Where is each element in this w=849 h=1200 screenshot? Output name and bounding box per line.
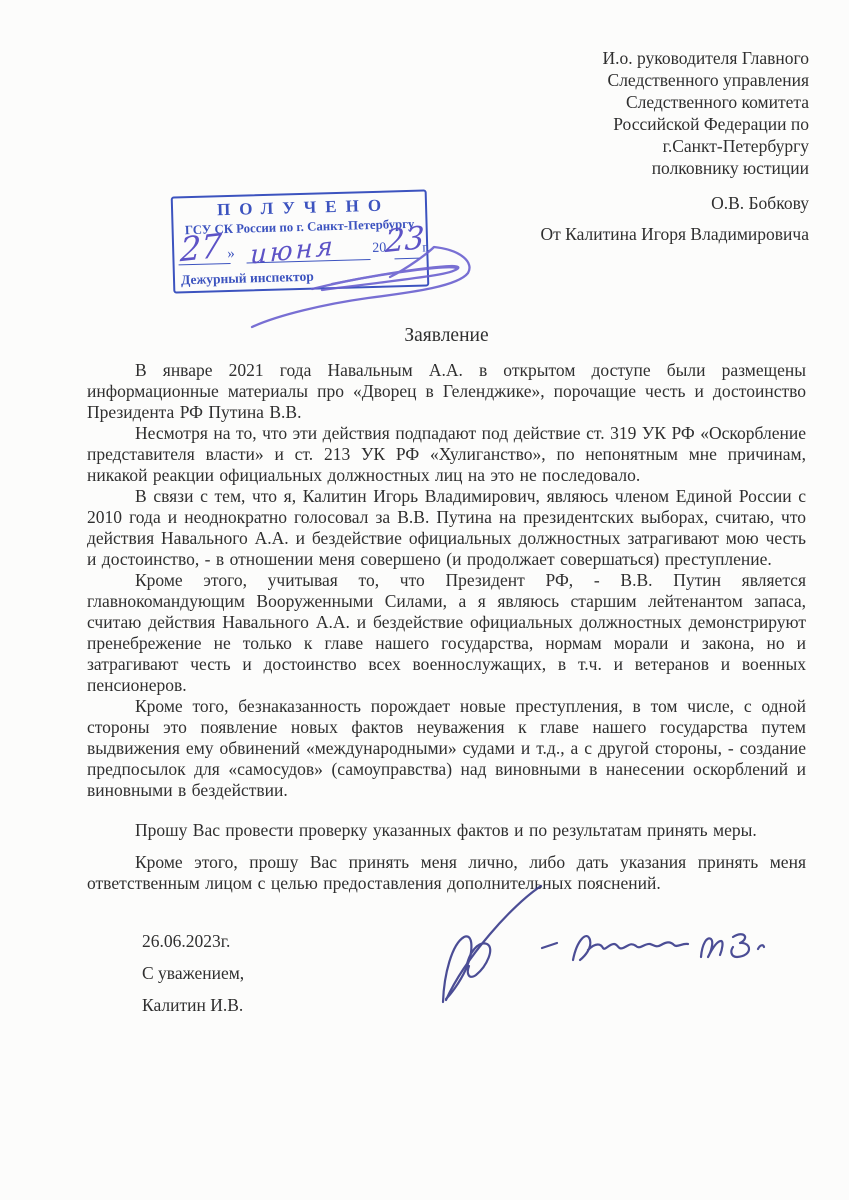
stamp-day-blank xyxy=(179,263,231,265)
letter-body: Заявление В январе 2021 года Навальным А… xyxy=(87,325,806,894)
recipient-line: полковнику юстиции xyxy=(479,157,809,179)
stamp-year-prefix: 20 xyxy=(372,241,386,257)
recipient-line: И.о. руководителя Главного xyxy=(479,47,809,69)
paragraph-3: В связи с тем, что я, Калитин Игорь Влад… xyxy=(87,486,806,570)
paragraph-2: Несмотря на то, что эти действия подпада… xyxy=(87,423,806,486)
paragraph-6: Прошу Вас провести проверку указанных фа… xyxy=(87,820,806,841)
paragraph-1: В январе 2021 года Навальным А.А. в откр… xyxy=(87,360,806,423)
signer-name: Калитин И.В. xyxy=(142,995,244,1016)
addressee-name: О.В. Бобкову xyxy=(479,192,809,214)
paragraph-7: Кроме этого, прошу Вас принять меня личн… xyxy=(87,852,806,894)
stamp-month-blank xyxy=(247,259,371,263)
letter-date: 26.06.2023г. xyxy=(142,931,244,952)
received-stamp: ПОЛУЧЕНО ГСУ СК России по г. Санкт-Петер… xyxy=(171,189,430,293)
sender-line: От Калитина Игоря Владимировича xyxy=(479,223,809,245)
recipient-line: Российской Федерации по xyxy=(479,113,809,135)
stamp-year-blank xyxy=(395,258,420,260)
stamp-year-suffix: г. xyxy=(422,240,430,256)
letter-title: Заявление xyxy=(87,325,806,346)
recipient-line: г.Санкт-Петербургу xyxy=(479,135,809,157)
scanned-letter-page: И.о. руководителя Главного Следственного… xyxy=(0,0,849,1200)
closing-line: С уважением, xyxy=(142,963,244,984)
paragraph-4: Кроме этого, учитывая то, что Президент … xyxy=(87,570,806,696)
recipient-line: Следственного комитета xyxy=(479,91,809,113)
applicant-signature xyxy=(443,886,764,1002)
paragraph-5: Кроме того, безнаказанность порождает но… xyxy=(87,696,806,801)
recipient-block: И.о. руководителя Главного Следственного… xyxy=(479,47,809,245)
recipient-line: Следственного управления xyxy=(479,69,809,91)
signature-block: 26.06.2023г. С уважением, Калитин И.В. xyxy=(142,931,244,1027)
stamp-close-quote: » xyxy=(227,246,235,263)
